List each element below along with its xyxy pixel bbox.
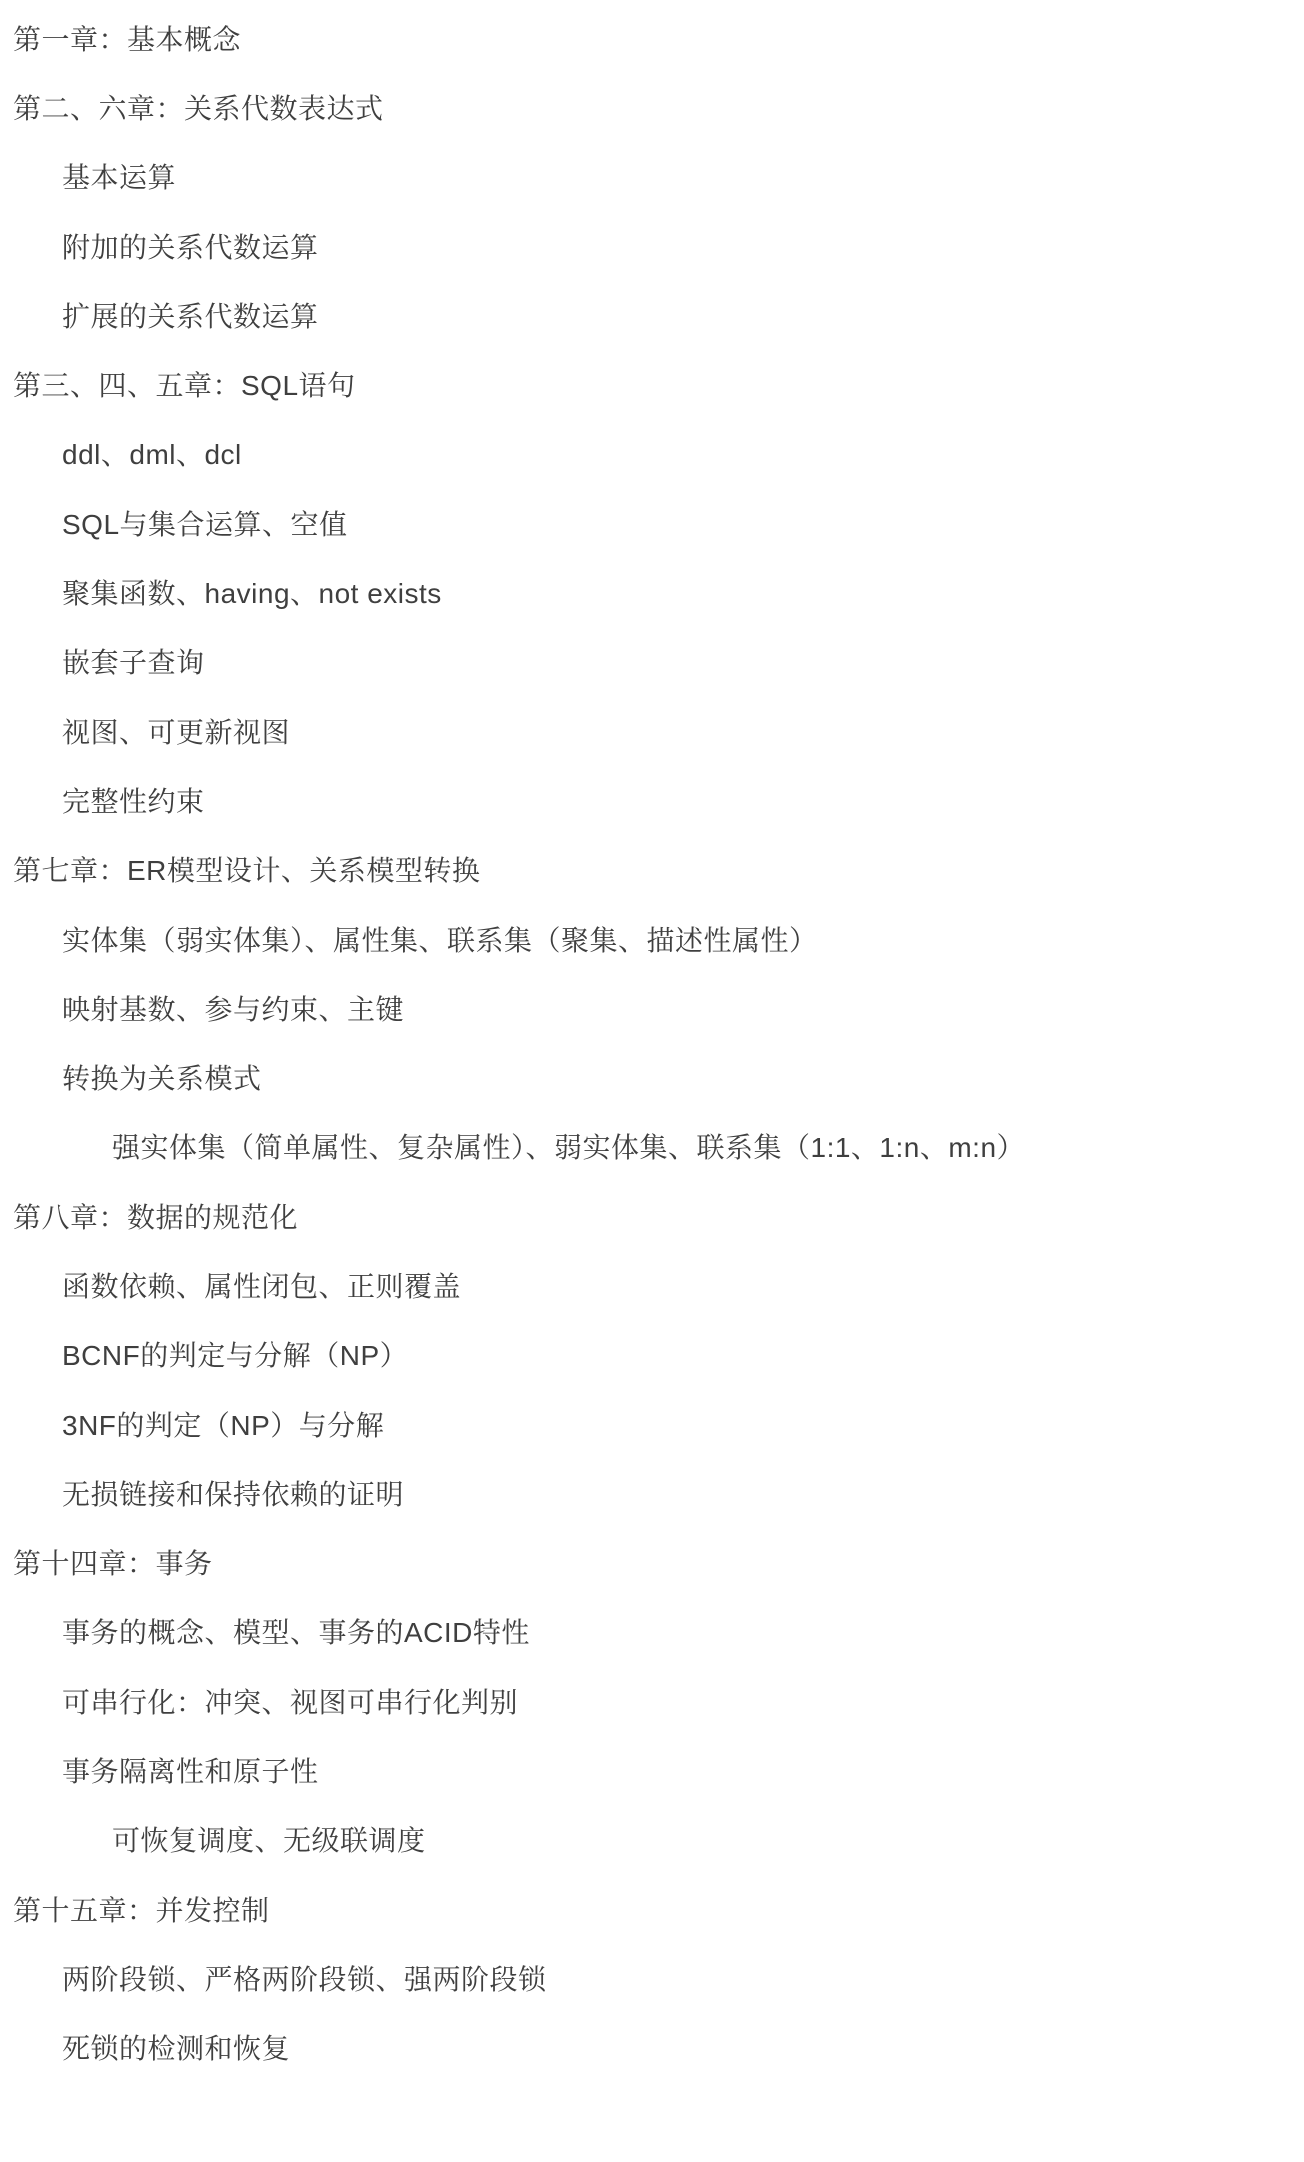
outline-item: 事务隔离性和原子性 — [0, 1735, 1304, 1804]
outline-item: 两阶段锁、严格两阶段锁、强两阶段锁 — [0, 1943, 1304, 2012]
outline-item: 死锁的检测和恢复 — [0, 2013, 1304, 2082]
outline-item: 事务的概念、模型、事务的ACID特性 — [0, 1597, 1304, 1666]
outline-item: 完整性约束 — [0, 765, 1304, 834]
outline-item: 扩展的关系代数运算 — [0, 280, 1304, 349]
outline-item: 附加的关系代数运算 — [0, 211, 1304, 280]
outline-item: 嵌套子查询 — [0, 627, 1304, 696]
outline-item: 映射基数、参与约束、主键 — [0, 973, 1304, 1042]
outline-subitem: 可恢复调度、无级联调度 — [0, 1805, 1304, 1874]
outline-subitem: 强实体集（简单属性、复杂属性）、弱实体集、联系集（1:1、1:n、m:n） — [0, 1112, 1304, 1181]
outline-item: 函数依赖、属性闭包、正则覆盖 — [0, 1250, 1304, 1319]
chapter-line: 第十四章：事务 — [0, 1528, 1304, 1597]
outline-item: ddl、dml、dcl — [0, 419, 1304, 488]
document-page: 第一章：基本概念 第二、六章：关系代数表达式 基本运算 附加的关系代数运算 扩展… — [0, 0, 1304, 2162]
chapter-line: 第三、四、五章：SQL语句 — [0, 349, 1304, 418]
outline-item: 3NF的判定（NP）与分解 — [0, 1389, 1304, 1458]
outline-item: 视图、可更新视图 — [0, 696, 1304, 765]
chapter-line: 第八章：数据的规范化 — [0, 1181, 1304, 1250]
outline-item: 基本运算 — [0, 142, 1304, 211]
outline-item: 实体集（弱实体集）、属性集、联系集（聚集、描述性属性） — [0, 904, 1304, 973]
chapter-line: 第一章：基本概念 — [0, 3, 1304, 72]
chapter-line: 第二、六章：关系代数表达式 — [0, 72, 1304, 141]
outline-item: 转换为关系模式 — [0, 1042, 1304, 1111]
chapter-line: 第十五章：并发控制 — [0, 1874, 1304, 1943]
outline-item: BCNF的判定与分解（NP） — [0, 1320, 1304, 1389]
outline-item: 无损链接和保持依赖的证明 — [0, 1458, 1304, 1527]
outline-item: SQL与集合运算、空值 — [0, 488, 1304, 557]
chapter-line: 第七章：ER模型设计、关系模型转换 — [0, 835, 1304, 904]
outline-item: 可串行化：冲突、视图可串行化判别 — [0, 1666, 1304, 1735]
outline-item: 聚集函数、having、not exists — [0, 557, 1304, 626]
